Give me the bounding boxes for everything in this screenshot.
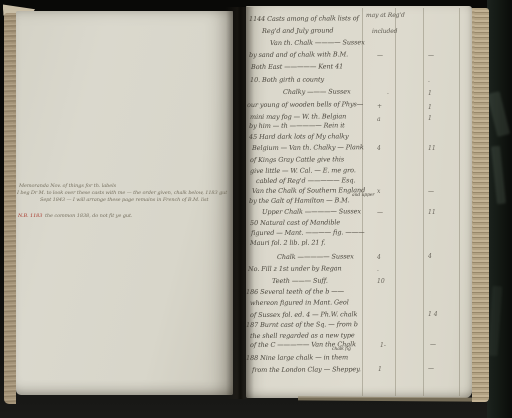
register-entry-line: whereon figured in Mant. Geol (250, 298, 349, 307)
column-header-note: included (372, 28, 397, 35)
register-entry-line: No. Fill z 1st under by Regan (248, 264, 342, 273)
register-entry-line: of Kings Gray Cattle give this (250, 155, 344, 164)
red-ink-note: N.B. 1183 (18, 213, 42, 219)
book-photo: Memoranda Nov. of things for th. labelsI… (0, 0, 512, 418)
column-mark: x (377, 188, 380, 195)
column-mark: 1 (378, 366, 382, 373)
register-entry-line: Both East ————— Kent 41 (251, 62, 343, 71)
column-mark: 11 (428, 209, 436, 216)
column-mark: 1 4 (428, 311, 438, 318)
register-entry-line: figured — Mant. ———— fig. ——— (251, 228, 365, 237)
register-entry-line: 50 Natural cast of Mandible (250, 218, 340, 227)
register-entry-line: the shell regarded as a new type (250, 331, 355, 340)
column-mark: 1 (428, 90, 432, 97)
column-rule (423, 8, 424, 396)
register-entry-line: Upper Chalk ————— Sussex (262, 207, 361, 216)
column-mark: — (428, 188, 434, 195)
register-entry-line: 45 Hard dark lots of My chalky (249, 132, 349, 141)
register-entry-line: 187 Burnt cast of the Sq. — from b (246, 320, 358, 329)
column-mark: . (387, 89, 389, 96)
register-entry-line: Chalky ——— Sussex (283, 88, 351, 96)
column-mark: a (377, 116, 381, 123)
register-entry-line: 10. Both girth a county (250, 75, 324, 84)
pencil-note: Memoranda Nov. of things for th. labels (19, 183, 116, 189)
column-mark: . (377, 266, 379, 273)
register-entry-line: give little — W. Cal. — E. me gro. (250, 166, 356, 175)
column-mark: — (428, 52, 434, 59)
column-mark: 1- (380, 342, 386, 349)
register-entry-line: Mauri fol. 2 lib. pl. 21 f. (250, 238, 325, 247)
column-mark: — (430, 341, 436, 348)
column-header-note: may at Reg'd (366, 12, 405, 19)
register-entry-line: by sand and of chalk with B.M. (249, 50, 348, 59)
register-entry-line: Chalk ————— Sussex (277, 252, 354, 261)
register-entry-line: our young of wooden bells of Phys— (247, 100, 363, 109)
column-mark: 11 (428, 145, 436, 152)
column-mark: 1 (428, 104, 432, 111)
column-mark: 10 (377, 278, 385, 285)
column-mark: — (377, 52, 383, 59)
column-mark: — (428, 365, 434, 372)
register-entry-line: mini may fog — W. th. Belgian (250, 112, 346, 121)
register-entry-line: by the Galt of Hamilton — B.M. (249, 196, 350, 205)
register-entry-line: cabled of Reg'd ————— Esq. (256, 176, 355, 185)
column-mark: 4 (428, 253, 432, 260)
register-entry-line: from the London Clay — Sheppey. (252, 365, 361, 374)
pencil-note: the common 1838, do not fit ye gut. (45, 213, 132, 219)
right-fore-edge (472, 8, 489, 402)
register-entry-line: 186 Several teeth of the b —— (246, 287, 344, 296)
left-page (16, 11, 233, 395)
left-page-edges (4, 13, 16, 404)
column-mark: 4 (377, 145, 381, 152)
register-entry-line: Van the Chalk of Southern England (252, 186, 365, 195)
register-entry-line: by him — th ————— Rein it (249, 121, 345, 130)
page-edge-under (298, 396, 474, 401)
register-entry-line: Teeth ——— Suff. (272, 277, 328, 285)
register-entry-line: Belgium — Van th. Chalky — Plank (252, 143, 364, 152)
register-entry-line: Reg'd and July ground (262, 27, 333, 35)
register-entry-line: of Sussex fol. ed. 4 — Ph.W. chalk (250, 310, 357, 319)
column-rule (395, 8, 396, 396)
column-mark: — (377, 209, 383, 216)
pencil-note: Sept 1843 — I will arrange these page re… (40, 197, 208, 203)
pencil-note: I beg Dr M. to look over these casts wit… (17, 190, 227, 196)
register-entry-line: and upper (352, 193, 375, 198)
column-rule (459, 8, 460, 396)
register-entry-line: chalk fig (332, 347, 351, 352)
column-rule (362, 8, 363, 396)
register-entry-line: 188 Nine large chalk — in them (246, 353, 348, 362)
register-entry-line: Van th. Chalk ———— Sussex (270, 38, 365, 47)
column-mark: 4 (377, 254, 381, 261)
register-entry-line: 1144 Casts among of chalk lists of (249, 14, 359, 23)
column-mark: . (428, 77, 430, 84)
column-mark: 1 (428, 115, 432, 122)
column-mark: + (377, 103, 382, 110)
